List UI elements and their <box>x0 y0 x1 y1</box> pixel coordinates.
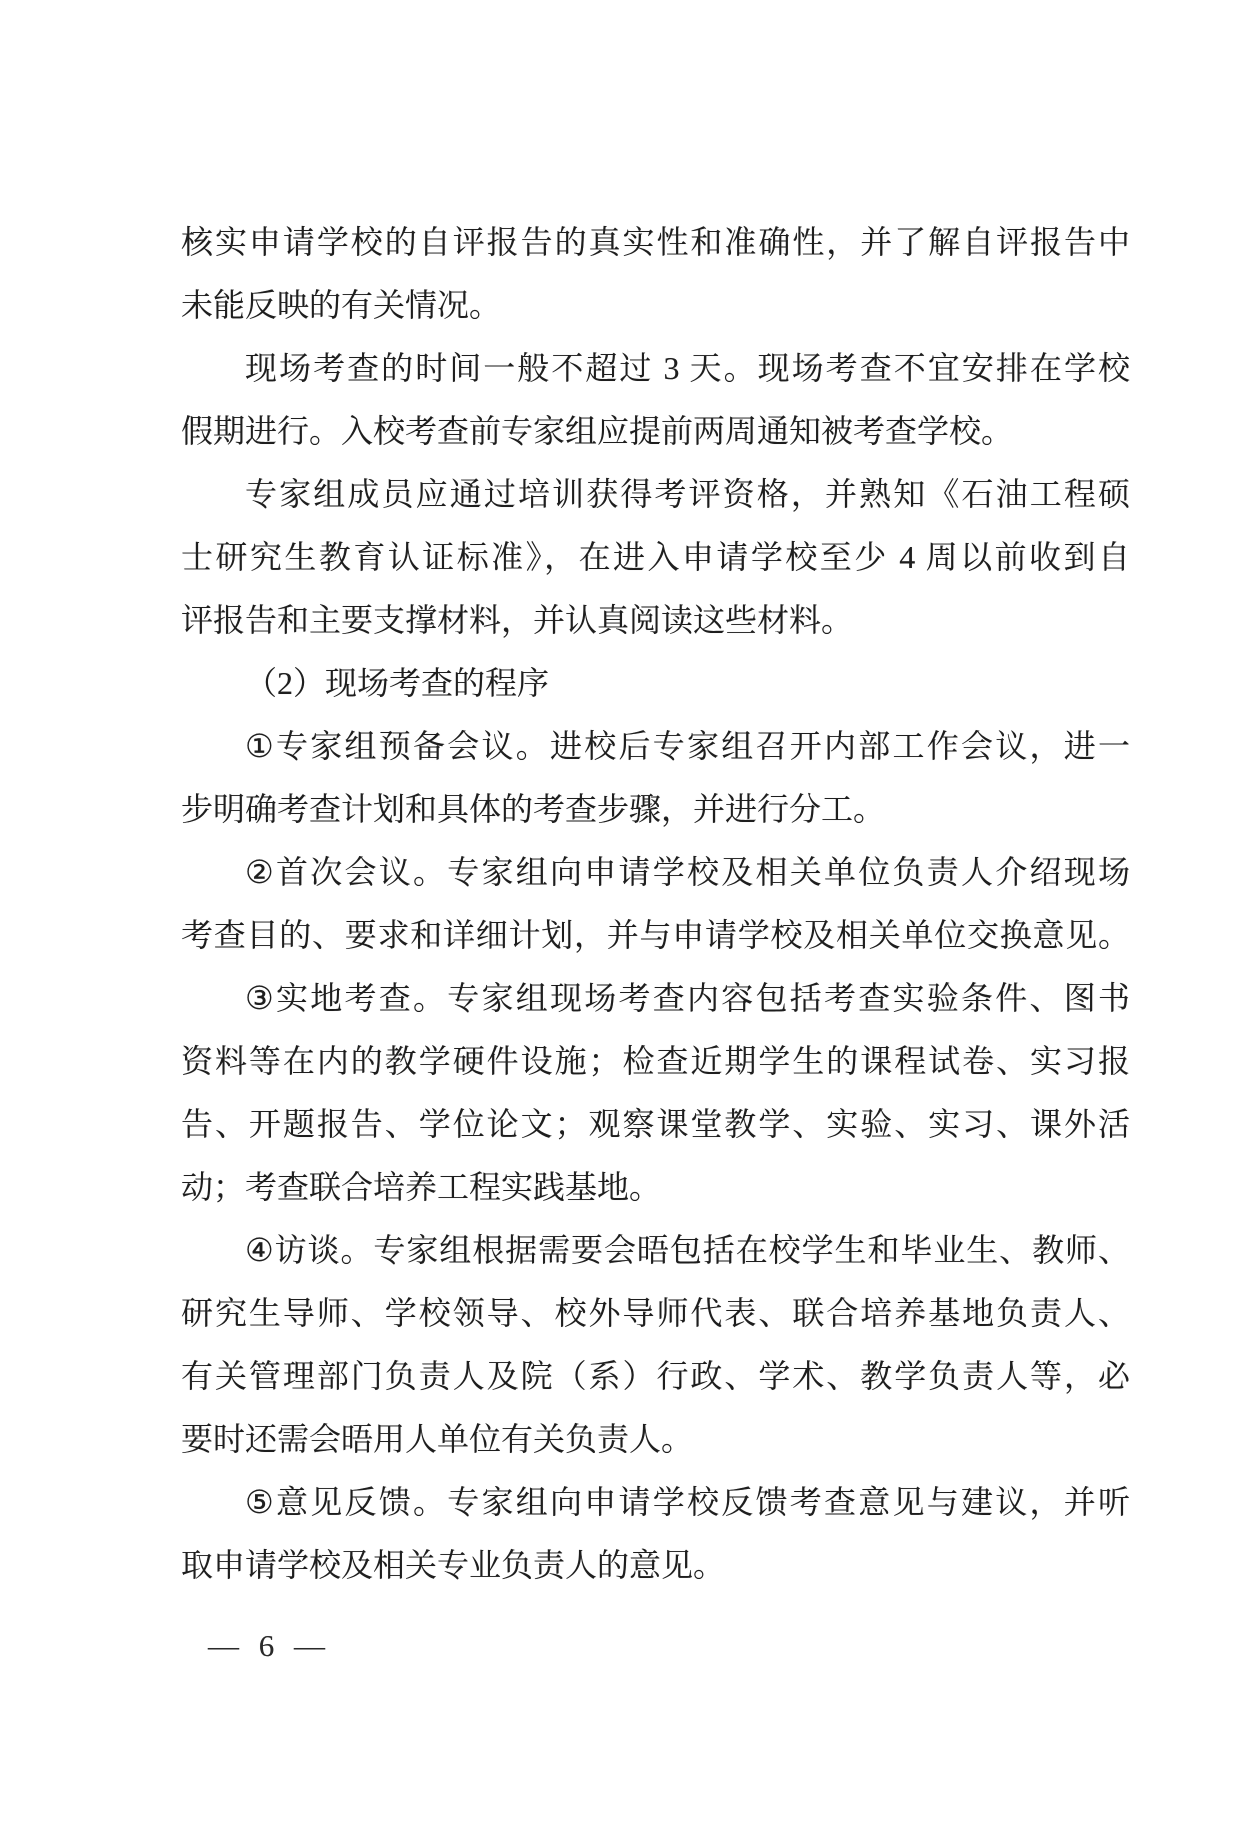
text-line: 考查目的、要求和详细计划，并与申请学校及相关单位交换意见。 <box>181 904 1130 967</box>
text-line: 核实申请学校的自评报告的真实性和准确性，并了解自评报告中 <box>181 211 1130 274</box>
text-line: 士研究生教育认证标准》，在进入申请学校至少 4 周以前收到自 <box>181 526 1130 589</box>
text-line: 专家组成员应通过培训获得考评资格，并熟知《石油工程硕 <box>181 463 1130 526</box>
page-number: — 6 — <box>208 1624 331 1668</box>
text-line: 告、开题报告、学位论文；观察课堂教学、实验、实习、课外活 <box>181 1093 1130 1156</box>
text-line: 动；考查联合培养工程实践基地。 <box>181 1156 1130 1219</box>
text-line: 资料等在内的教学硬件设施；检查近期学生的课程试卷、实习报 <box>181 1030 1130 1093</box>
text-line: 研究生导师、学校领导、校外导师代表、联合培养基地负责人、 <box>181 1282 1130 1345</box>
text-line: 现场考查的时间一般不超过 3 天。现场考查不宜安排在学校 <box>181 337 1130 400</box>
text-line: ②首次会议。专家组向申请学校及相关单位负责人介绍现场 <box>181 841 1130 904</box>
text-line: 步明确考查计划和具体的考查步骤，并进行分工。 <box>181 778 1130 841</box>
document-body: 核实申请学校的自评报告的真实性和准确性，并了解自评报告中 未能反映的有关情况。 … <box>181 211 1130 1597</box>
text-line: 取申请学校及相关专业负责人的意见。 <box>181 1534 1130 1597</box>
document-page: 核实申请学校的自评报告的真实性和准确性，并了解自评报告中 未能反映的有关情况。 … <box>0 0 1252 1823</box>
text-line: 未能反映的有关情况。 <box>181 274 1130 337</box>
text-line: ③实地考查。专家组现场考查内容包括考查实验条件、图书 <box>181 967 1130 1030</box>
text-line: 有关管理部门负责人及院（系）行政、学术、教学负责人等，必 <box>181 1345 1130 1408</box>
text-line: ①专家组预备会议。进校后专家组召开内部工作会议，进一 <box>181 715 1130 778</box>
section-heading-line: （2）现场考查的程序 <box>181 652 1130 715</box>
text-line: 评报告和主要支撑材料，并认真阅读这些材料。 <box>181 589 1130 652</box>
text-line: ④访谈。专家组根据需要会晤包括在校学生和毕业生、教师、 <box>181 1219 1130 1282</box>
text-line: 假期进行。入校考查前专家组应提前两周通知被考查学校。 <box>181 400 1130 463</box>
text-line: 要时还需会晤用人单位有关负责人。 <box>181 1408 1130 1471</box>
text-line: ⑤意见反馈。专家组向申请学校反馈考查意见与建议，并听 <box>181 1471 1130 1534</box>
